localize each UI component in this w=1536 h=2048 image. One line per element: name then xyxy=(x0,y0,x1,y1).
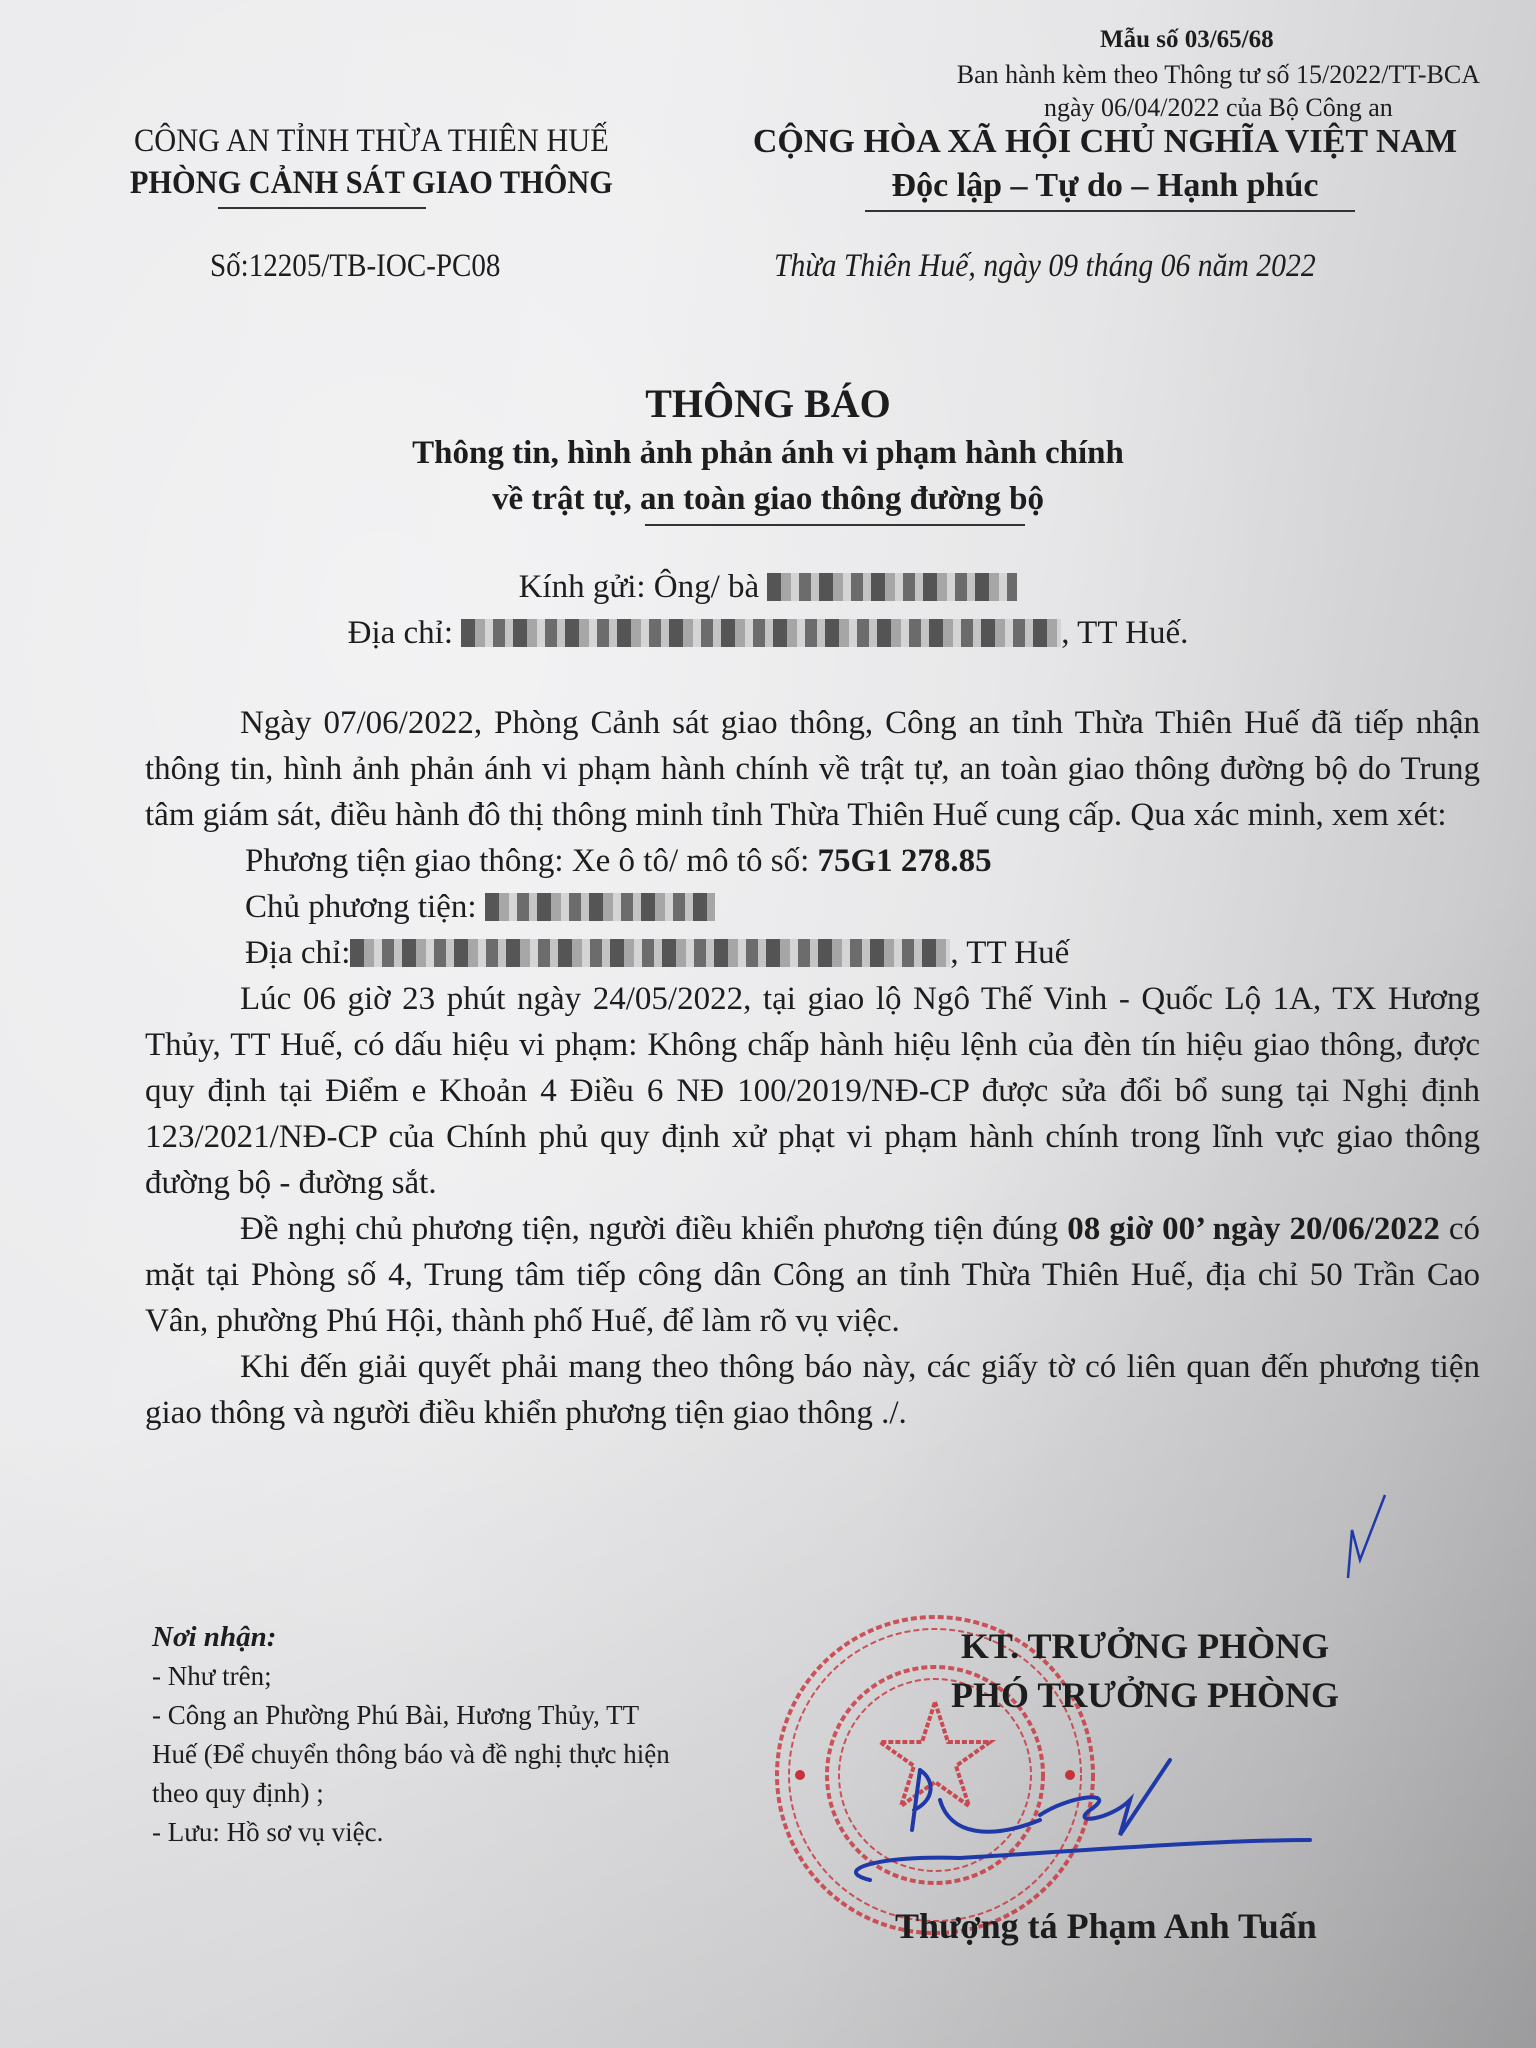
document-page: Mẫu số 03/65/68 Ban hành kèm theo Thông … xyxy=(0,0,1536,2048)
document-title: THÔNG BÁO Thông tin, hình ảnh phản ánh v… xyxy=(0,378,1536,522)
title-underline xyxy=(645,524,1025,526)
greeting-label: Kính gửi: Ông/ bà xyxy=(519,569,760,605)
recipients-list: Nơi nhận: - Như trên; - Công an Phường P… xyxy=(152,1618,670,1852)
recipient-block: Kính gửi: Ông/ bà Địa chỉ: , TT Huế. xyxy=(0,564,1536,656)
recipient-greeting: Kính gửi: Ông/ bà xyxy=(0,564,1536,610)
recipient-item: - Công an Phường Phú Bài, Hương Thủy, TT xyxy=(152,1696,670,1735)
signatory-title-1: KT. TRƯỞNG PHÒNG xyxy=(905,1622,1385,1671)
nation-name: CỘNG HÒA XÃ HỘI CHỦ NGHĨA VIỆT NAM xyxy=(720,120,1490,164)
violation-paragraph: Lúc 06 giờ 23 phút ngày 24/05/2022, tại … xyxy=(145,976,1480,1206)
agency-underline xyxy=(218,207,426,209)
signer-name: Thượng tá Phạm Anh Tuấn xyxy=(895,1905,1317,1947)
owner-address-suffix: , TT Huế xyxy=(950,935,1069,971)
owner-line: Chủ phương tiện: xyxy=(145,884,1480,930)
place-and-date: Thừa Thiên Huế, ngày 09 tháng 06 năm 202… xyxy=(774,248,1316,285)
issued-with-line-1: Ban hành kèm theo Thông tư số 15/2022/TT… xyxy=(957,58,1480,91)
signatory-title-2: PHÓ TRƯỞNG PHÒNG xyxy=(905,1671,1385,1720)
agency-line-1: CÔNG AN TỈNH THỪA THIÊN HUẾ xyxy=(100,120,643,162)
document-number: Số:12205/TB-IOC-PC08 xyxy=(210,248,500,285)
title-sub-2: về trật tự, an toàn giao thông đường bộ xyxy=(0,476,1536,522)
request-text: Đề nghị chủ phương tiện, người điều khiể… xyxy=(240,1211,1067,1247)
owner-label: Chủ phương tiện: xyxy=(245,889,477,925)
title-sub-1: Thông tin, hình ảnh phản ánh vi phạm hàn… xyxy=(0,430,1536,476)
motto-underline xyxy=(865,210,1355,212)
form-number: Mẫu số 03/65/68 xyxy=(1100,26,1274,54)
recipient-item: - Lưu: Hồ sơ vụ việc. xyxy=(152,1813,670,1852)
form-issued-note: Ban hành kèm theo Thông tư số 15/2022/TT… xyxy=(957,58,1480,124)
redacted-address xyxy=(461,619,1061,647)
redacted-owner-address xyxy=(350,939,950,967)
signatory-title: KT. TRƯỞNG PHÒNG PHÓ TRƯỞNG PHÒNG xyxy=(905,1622,1385,1720)
recipient-item: Huế (Để chuyển thông báo và đề nghị thực… xyxy=(152,1735,670,1774)
intro-paragraph: Ngày 07/06/2022, Phòng Cảnh sát giao thô… xyxy=(145,700,1480,838)
nation-motto: Độc lập – Tự do – Hạnh phúc xyxy=(720,164,1490,208)
notice-body: Ngày 07/06/2022, Phòng Cảnh sát giao thô… xyxy=(145,700,1480,1436)
vehicle-plate: 75G1 278.85 xyxy=(818,843,992,879)
owner-address-label: Địa chỉ: xyxy=(245,935,350,971)
agency-line-2: PHÒNG CẢNH SÁT GIAO THÔNG xyxy=(100,162,643,204)
redacted-owner xyxy=(485,893,715,921)
recipient-item: - Như trên; xyxy=(152,1657,670,1696)
issuing-agency: CÔNG AN TỈNH THỪA THIÊN HUẾ PHÒNG CẢNH S… xyxy=(100,120,643,204)
recipients-heading: Nơi nhận: xyxy=(152,1618,670,1657)
redacted-name xyxy=(767,573,1017,601)
title-main: THÔNG BÁO xyxy=(0,378,1536,430)
address-label: Địa chỉ: xyxy=(348,615,453,651)
vehicle-line: Phương tiện giao thông: Xe ô tô/ mô tô s… xyxy=(145,838,1480,884)
appointment-time: 08 giờ 00’ ngày 20/06/2022 xyxy=(1067,1211,1440,1247)
address-suffix: , TT Huế. xyxy=(1061,615,1188,651)
owner-address-line: Địa chỉ:, TT Huế xyxy=(145,930,1480,976)
vehicle-label: Phương tiện giao thông: Xe ô tô/ mô tô s… xyxy=(245,843,818,879)
recipient-item: theo quy định) ; xyxy=(152,1774,670,1813)
closing-paragraph: Khi đến giải quyết phải mang theo thông … xyxy=(145,1344,1480,1436)
national-motto: CỘNG HÒA XÃ HỘI CHỦ NGHĨA VIỆT NAM Độc l… xyxy=(720,120,1490,208)
handwritten-check-icon xyxy=(1330,1490,1390,1580)
handwritten-signature-icon xyxy=(840,1740,1360,1890)
request-paragraph: Đề nghị chủ phương tiện, người điều khiể… xyxy=(145,1206,1480,1344)
recipient-address: Địa chỉ: , TT Huế. xyxy=(0,610,1536,656)
